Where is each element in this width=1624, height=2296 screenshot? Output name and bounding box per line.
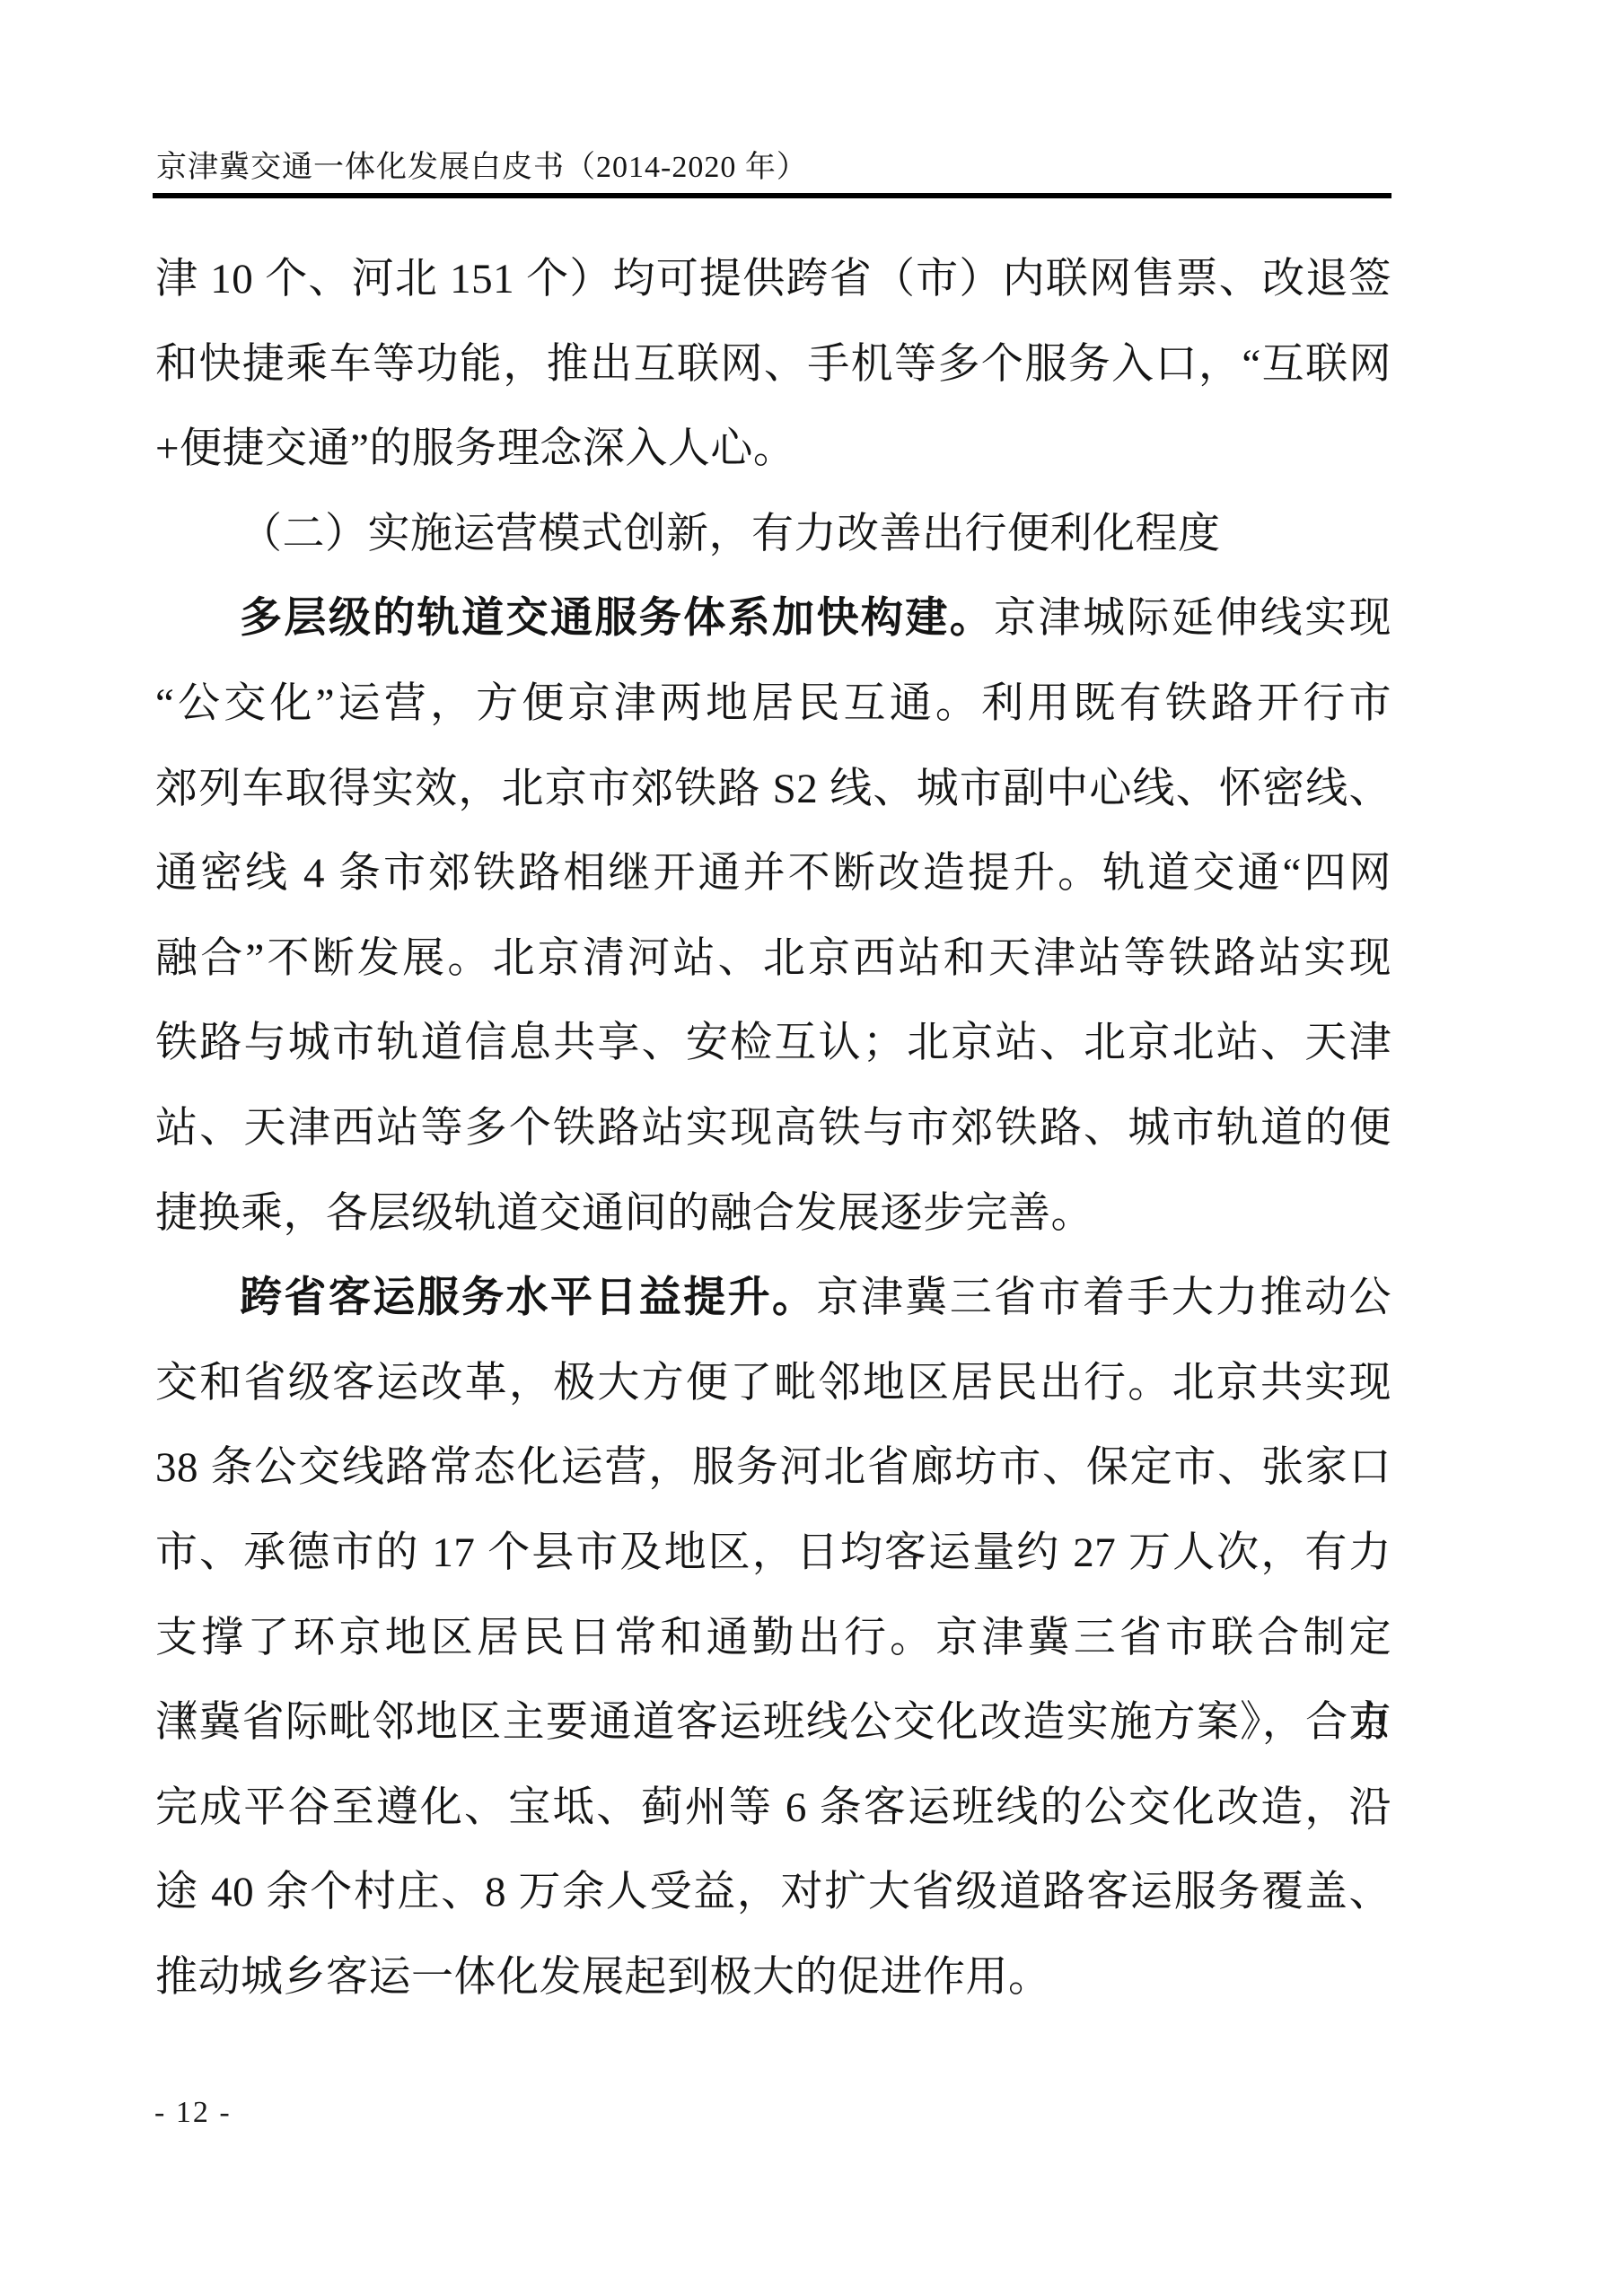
text-run: 推动城乡客运一体化发展起到极大的促进作用。 <box>155 1954 1051 2001</box>
text-run: 郊列车取得实效，北京市郊铁路 S2 线、城市副中心线、怀密线、 <box>155 766 1391 812</box>
text-run-bold: 多层级的轨道交通服务体系加快构建。 <box>240 595 994 642</box>
text-line: 交和省级客运改革，极大方便了毗邻地区居民出行。北京共实现 <box>155 1341 1391 1426</box>
text-line: 通密线 4 条市郊铁路相继开通并不断改造提升。轨道交通“四网 <box>155 831 1391 916</box>
document-page: { "header": { "title": "京津冀交通一体化发展白皮书（20… <box>0 0 1624 2296</box>
text-line: 途 40 余个村庄、8 万余人受益，对扩大省级道路客运服务覆盖、 <box>155 1850 1391 1935</box>
text-run: 捷换乘，各层级轨道交通间的融合发展逐步完善。 <box>155 1190 1093 1237</box>
text-line: 市、承德市的 17 个县市及地区，日均客运量约 27 万人次，有力 <box>155 1511 1391 1596</box>
text-run: 站、天津西站等多个铁路站实现高铁与市郊铁路、城市轨道的便 <box>155 1105 1391 1152</box>
text-line: 津冀省际毗邻地区主要通道客运班线公交化改造实施方案》，合力 <box>155 1680 1391 1766</box>
text-run: 通密线 4 条市郊铁路相继开通并不断改造提升。轨道交通“四网 <box>155 850 1391 897</box>
text-run: 融合”不断发展。北京清河站、北京西站和天津站等铁路站实现 <box>155 935 1391 982</box>
text-run: 津冀省际毗邻地区主要通道客运班线公交化改造实施方案》，合力 <box>155 1699 1391 1746</box>
body-lines: 津 10 个、河北 151 个）均可提供跨省（市）内联网售票、改退签和快捷乘车等… <box>155 237 1391 2020</box>
text-line: 支撑了环京地区居民日常和通勤出行。京津冀三省市联合制定《京 <box>155 1596 1391 1681</box>
text-line: 38 条公交线路常态化运营，服务河北省廊坊市、保定市、张家口 <box>155 1425 1391 1511</box>
text-run-bold: 跨省客运服务水平日益提升。 <box>240 1275 816 1321</box>
page-number: - 12 - <box>154 2093 232 2133</box>
text-run: 和快捷乘车等功能，推出互联网、手机等多个服务入口，“互联网 <box>155 341 1391 388</box>
text-line: 和快捷乘车等功能，推出互联网、手机等多个服务入口，“互联网 <box>155 322 1391 407</box>
text-run: 京津城际延伸线实现 <box>994 595 1391 642</box>
text-line: 多层级的轨道交通服务体系加快构建。京津城际延伸线实现 <box>155 576 1391 662</box>
text-line: 融合”不断发展。北京清河站、北京西站和天津站等铁路站实现 <box>155 916 1391 1002</box>
text-line: 郊列车取得实效，北京市郊铁路 S2 线、城市副中心线、怀密线、 <box>155 747 1391 832</box>
text-run: 铁路与城市轨道信息共享、安检互认；北京站、北京北站、天津 <box>155 1020 1391 1066</box>
text-run: （二）实施运营模式创新，有力改善出行便利化程度 <box>240 511 1221 557</box>
text-line: +便捷交通”的服务理念深入人心。 <box>155 407 1391 492</box>
text-line: 站、天津西站等多个铁路站实现高铁与市郊铁路、城市轨道的便 <box>155 1086 1391 1171</box>
text-run: “公交化”运营，方便京津两地居民互通。利用既有铁路开行市 <box>155 680 1391 727</box>
text-line: （二）实施运营模式创新，有力改善出行便利化程度 <box>155 492 1391 577</box>
text-line: 捷换乘，各层级轨道交通间的融合发展逐步完善。 <box>155 1171 1391 1257</box>
text-line: 跨省客运服务水平日益提升。京津冀三省市着手大力推动公 <box>155 1256 1391 1341</box>
page: 京津冀交通一体化发展白皮书（2014-2020 年） 津 10 个、河北 151… <box>0 0 1624 2296</box>
text-run: 完成平谷至遵化、宝坻、蓟州等 6 条客运班线的公交化改造，沿 <box>155 1784 1391 1831</box>
text-line: 铁路与城市轨道信息共享、安检互认；北京站、北京北站、天津 <box>155 1001 1391 1086</box>
header-title: 京津冀交通一体化发展白皮书（2014-2020 年） <box>156 147 808 188</box>
text-run: 市、承德市的 17 个县市及地区，日均客运量约 27 万人次，有力 <box>155 1529 1391 1576</box>
text-run: 38 条公交线路常态化运营，服务河北省廊坊市、保定市、张家口 <box>155 1444 1391 1491</box>
text-line: 津 10 个、河北 151 个）均可提供跨省（市）内联网售票、改退签 <box>155 237 1391 322</box>
text-line: 推动城乡客运一体化发展起到极大的促进作用。 <box>155 1935 1391 2020</box>
text-line: “公交化”运营，方便京津两地居民互通。利用既有铁路开行市 <box>155 662 1391 747</box>
text-run: +便捷交通”的服务理念深入人心。 <box>155 425 795 472</box>
text-run: 途 40 余个村庄、8 万余人受益，对扩大省级道路客运服务覆盖、 <box>155 1869 1391 1915</box>
text-run: 交和省级客运改革，极大方便了毗邻地区居民出行。北京共实现 <box>155 1360 1391 1407</box>
header-rule <box>153 193 1391 198</box>
text-line: 完成平谷至遵化、宝坻、蓟州等 6 条客运班线的公交化改造，沿 <box>155 1766 1391 1851</box>
text-run: 津 10 个、河北 151 个）均可提供跨省（市）内联网售票、改退签 <box>155 256 1391 302</box>
text-run: 京津冀三省市着手大力推动公 <box>816 1275 1391 1321</box>
